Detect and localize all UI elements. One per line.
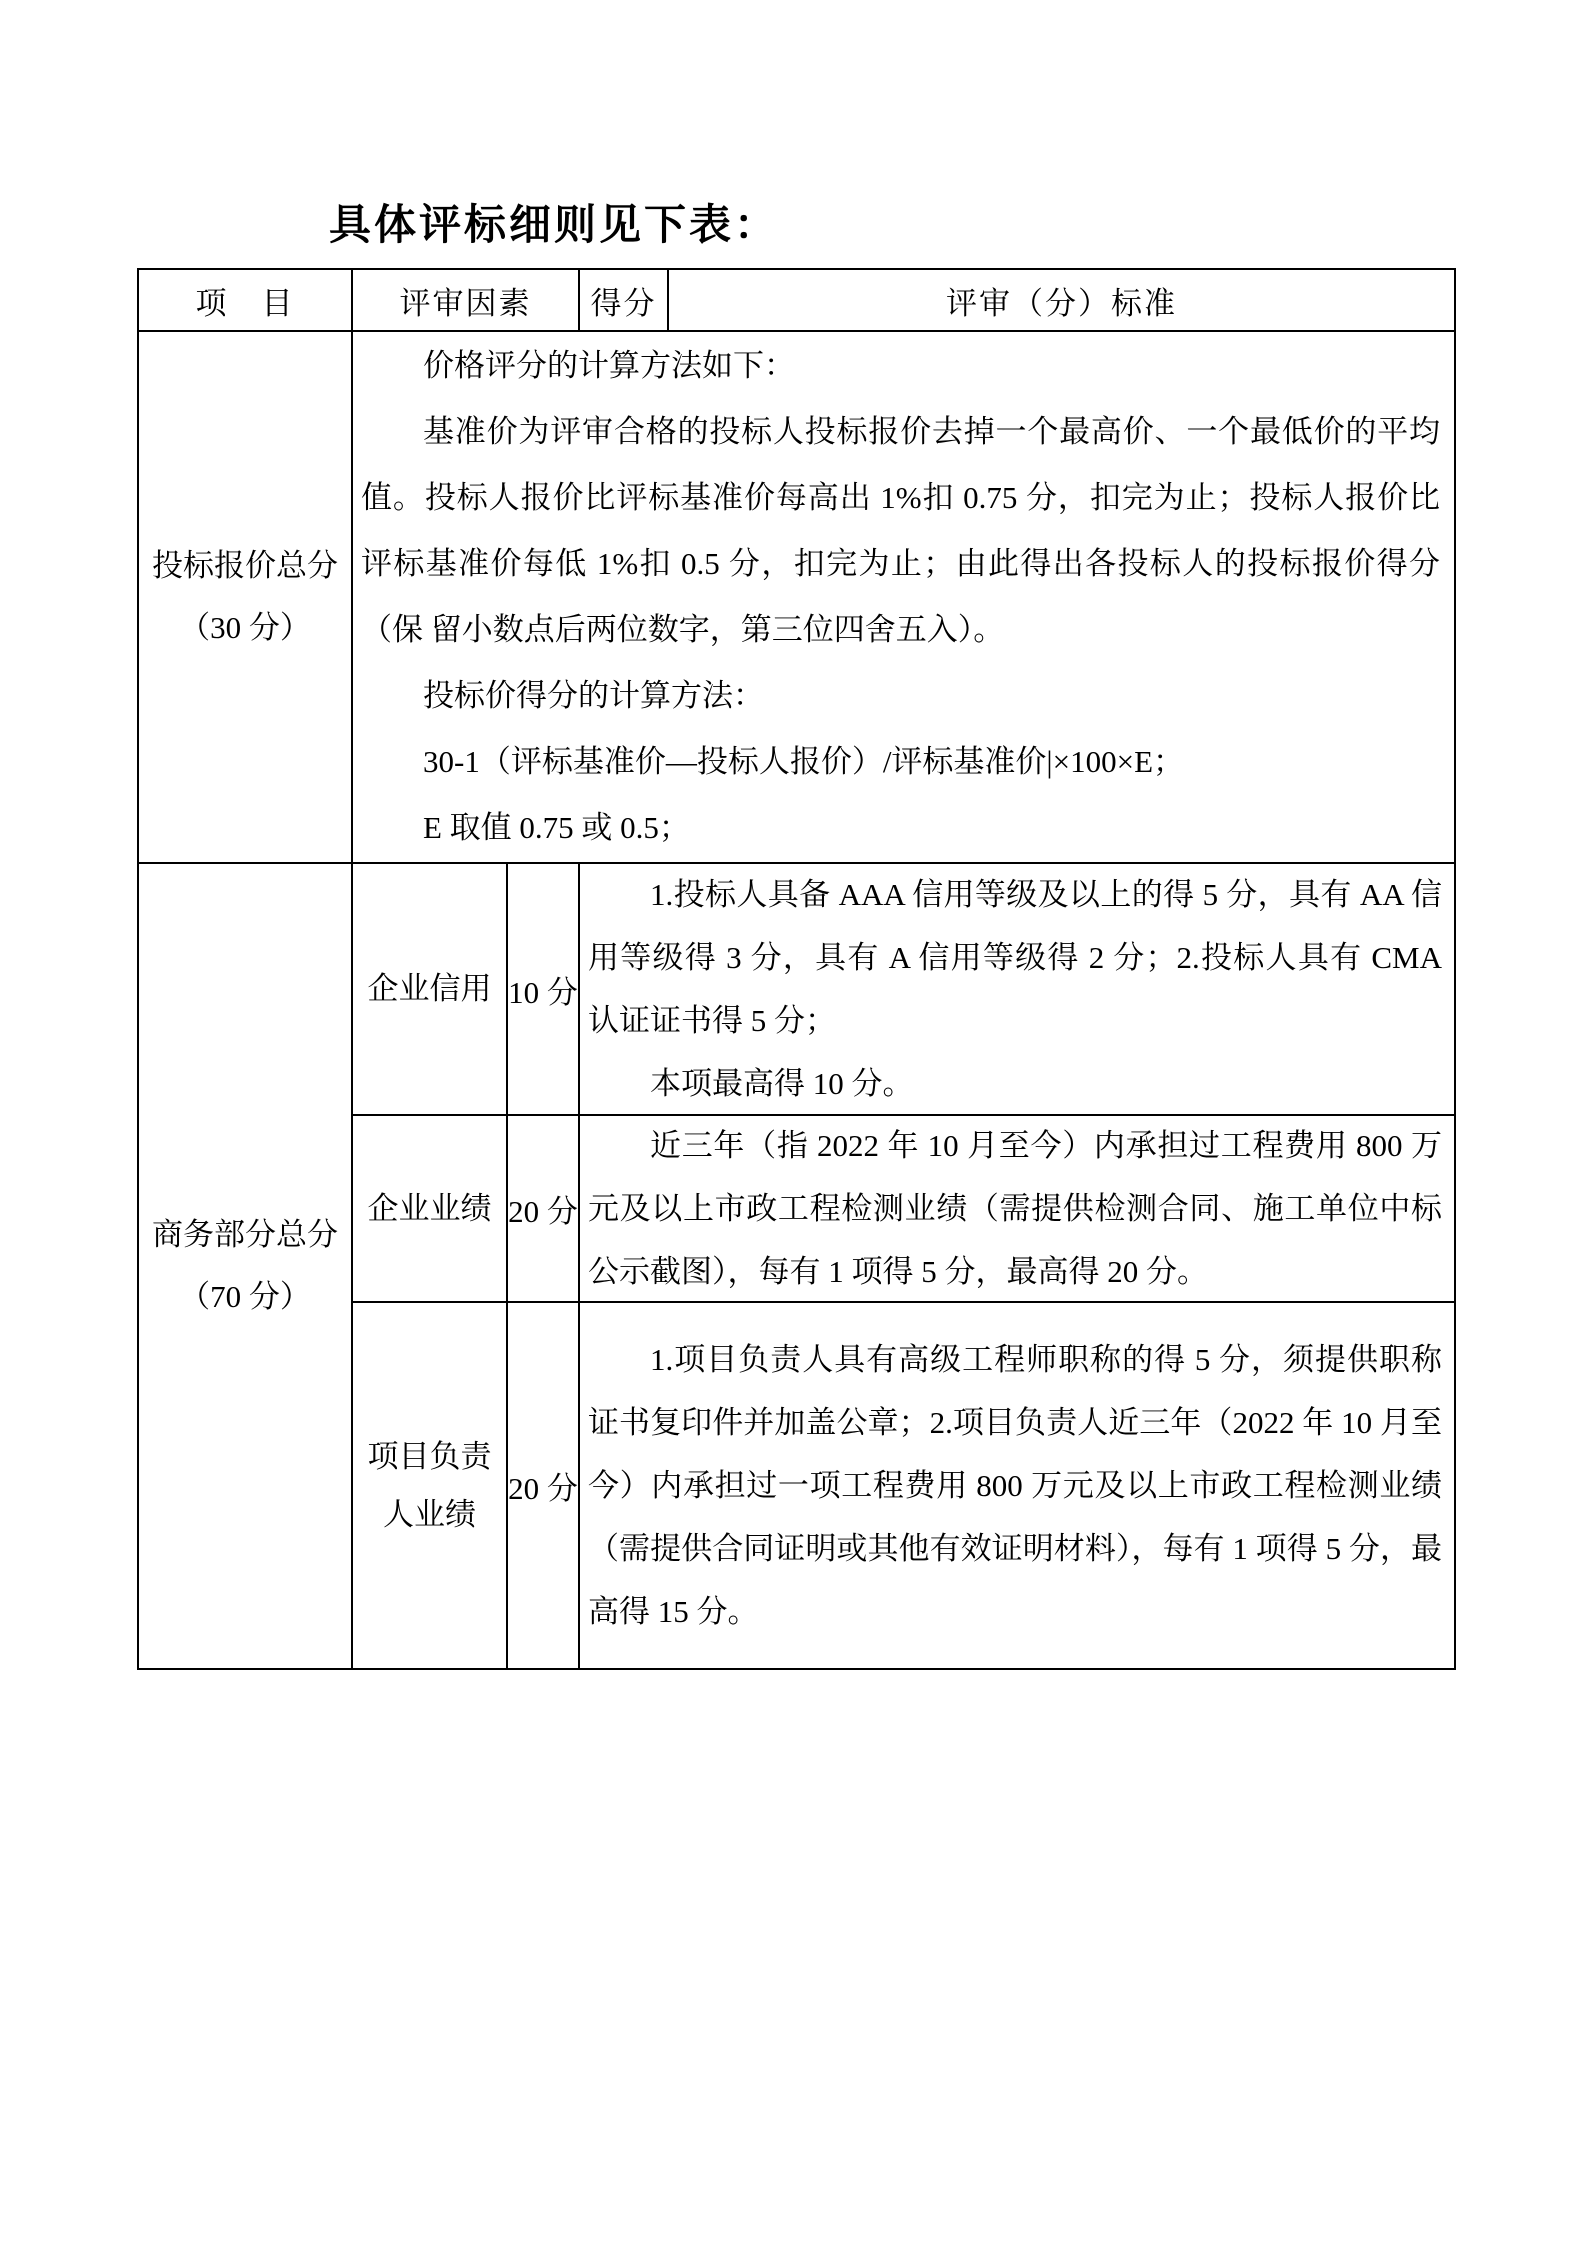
score-project-leader: 20 分 [508,1303,580,1668]
score-enterprise-credit: 10 分 [508,864,580,1114]
factor-project-leader: 项目负责 人业绩 [353,1303,508,1668]
header-cell-item: 项 目 [139,270,353,330]
table-row-bid-price: 投标报价总分 （30 分） 价格评分的计算方法如下： 基准价为评审合格的投标人投… [139,332,1454,864]
bid-price-paragraph: 基准价为评审合格的投标人投标报价去掉一个最高价、一个最低价的平均值。投标人报价比… [361,399,1440,663]
evaluation-criteria-table: 项 目 评审因素 得分 评审（分）标准 投标报价总分 （30 分） 价格评分的计… [137,268,1456,1670]
factor-enterprise-performance: 企业业绩 [353,1116,508,1301]
criteria-paragraph: 1.项目负责人具有高级工程师职称的得 5 分，须提供职称证书复印件并加盖公章；2… [588,1328,1442,1643]
table-header-row: 项 目 评审因素 得分 评审（分）标准 [139,270,1454,332]
table-row-project-leader-performance: 项目负责 人业绩 20 分 1.项目负责人具有高级工程师职称的得 5 分，须提供… [353,1303,1454,1668]
criteria-paragraph: 本项最高得 10 分。 [588,1052,1442,1115]
factor-enterprise-credit: 企业信用 [353,864,508,1114]
score-enterprise-performance: 20 分 [508,1116,580,1301]
commercial-item-label: 商务部分总分 （70 分） [139,864,353,1668]
bid-price-item-label: 投标报价总分 （30 分） [139,332,353,862]
bid-price-criteria-cell: 价格评分的计算方法如下： 基准价为评审合格的投标人投标报价去掉一个最高价、一个最… [353,332,1454,862]
commercial-subrows: 企业信用 10 分 1.投标人具备 AAA 信用等级及以上的得 5 分，具有 A… [353,864,1454,1668]
criteria-paragraph: 近三年（指 2022 年 10 月至今）内承担过工程费用 800 万元及以上市政… [588,1114,1442,1303]
bid-price-paragraph: 投标价得分的计算方法： [361,663,1440,729]
header-cell-standard: 评审（分）标准 [669,270,1454,330]
bid-price-paragraph: 30-1（评标基准价—投标人报价）/评标基准价|×100×E； [361,729,1440,795]
header-cell-score: 得分 [580,270,669,330]
criteria-enterprise-credit: 1.投标人具备 AAA 信用等级及以上的得 5 分，具有 AA 信用等级得 3 … [580,864,1454,1114]
header-cell-factor: 评审因素 [353,270,580,330]
criteria-paragraph: 1.投标人具备 AAA 信用等级及以上的得 5 分，具有 AA 信用等级得 3 … [588,863,1442,1052]
criteria-enterprise-performance: 近三年（指 2022 年 10 月至今）内承担过工程费用 800 万元及以上市政… [580,1116,1454,1301]
document-page: 具体评标细则见下表： 项 目 评审因素 得分 评审（分）标准 投标报价总分 （3… [0,0,1587,2245]
bid-price-paragraph: E 取值 0.75 或 0.5； [361,795,1440,861]
table-row-commercial: 商务部分总分 （70 分） 企业信用 10 分 1.投标人具备 AAA 信用等级… [139,864,1454,1668]
table-row-enterprise-credit: 企业信用 10 分 1.投标人具备 AAA 信用等级及以上的得 5 分，具有 A… [353,864,1454,1116]
table-row-enterprise-performance: 企业业绩 20 分 近三年（指 2022 年 10 月至今）内承担过工程费用 8… [353,1116,1454,1303]
bid-price-paragraph: 价格评分的计算方法如下： [361,333,1440,399]
criteria-project-leader: 1.项目负责人具有高级工程师职称的得 5 分，须提供职称证书复印件并加盖公章；2… [580,1303,1454,1668]
page-title: 具体评标细则见下表： [329,200,779,252]
